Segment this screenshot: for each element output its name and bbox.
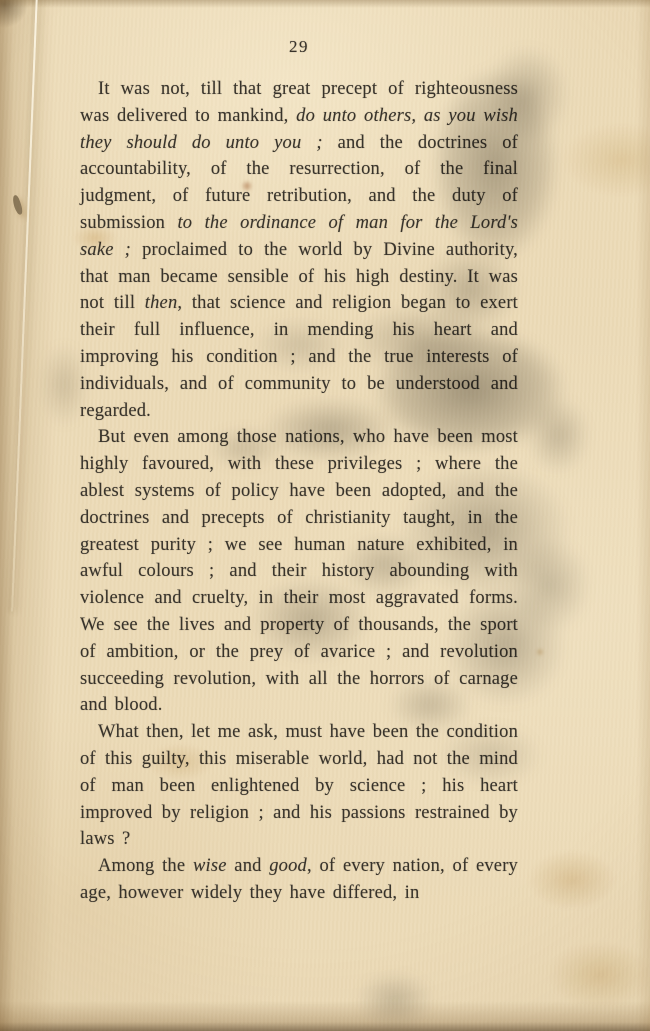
paragraph: But even among those nations, who have b… — [80, 424, 518, 719]
paragraph: What then, let me ask, must have been th… — [80, 719, 518, 853]
left-edge-tear-mark — [11, 194, 24, 215]
text-run: But even among those nations, who have b… — [80, 427, 518, 715]
text-run: What then, let me ask, must have been th… — [80, 722, 518, 849]
italic-run: then — [145, 293, 178, 313]
text-run: and — [227, 856, 270, 876]
book-page: 29 It was not, till that great precept o… — [0, 0, 650, 1031]
page-number: 29 — [80, 37, 518, 57]
paragraph: It was not, till that great precept of r… — [80, 76, 518, 424]
italic-run: good — [269, 856, 307, 876]
left-crease-fold — [11, 0, 38, 612]
text-run: Among the — [98, 856, 193, 876]
italic-run: wise — [193, 856, 227, 876]
text-block: It was not, till that great precept of r… — [80, 76, 518, 907]
paragraph: Among the wise and good, of every nation… — [80, 853, 518, 907]
